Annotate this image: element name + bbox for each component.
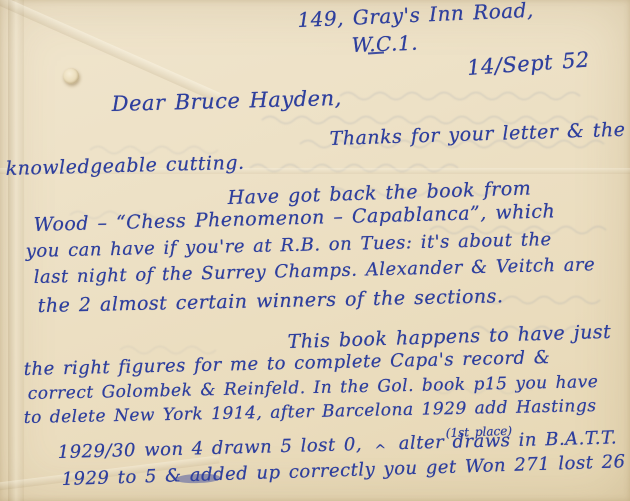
body-line-1: Thanks for your letter & the <box>329 119 625 150</box>
date-line: 14/Sept 52 <box>466 47 590 80</box>
letter-page: 149, Gray's Inn Road, W.C.1. 14/Sept 52 … <box>0 0 630 501</box>
body-line-8: This book happens to have just <box>287 321 611 353</box>
body-line-7: the 2 almost certain winners of the sect… <box>38 285 504 317</box>
address-line-1: 149, Gray's Inn Road, <box>297 0 534 32</box>
body-line-2: knowledgeable cutting. <box>5 152 244 180</box>
top-left-crease <box>0 0 221 102</box>
left-fold-crease <box>8 0 24 501</box>
insertion-caret-mark: ^ <box>374 442 387 458</box>
address-line-2: W.C.1. <box>351 31 418 57</box>
body-line-12-part-a: 1929/30 won 4 drawn 5 lost 0, <box>57 434 362 463</box>
body-line-12-part-b: alter draws in B.A.T.T. <box>398 427 617 454</box>
salutation: Dear Bruce Hayden, <box>111 86 342 116</box>
pinhole-mark <box>63 68 79 84</box>
